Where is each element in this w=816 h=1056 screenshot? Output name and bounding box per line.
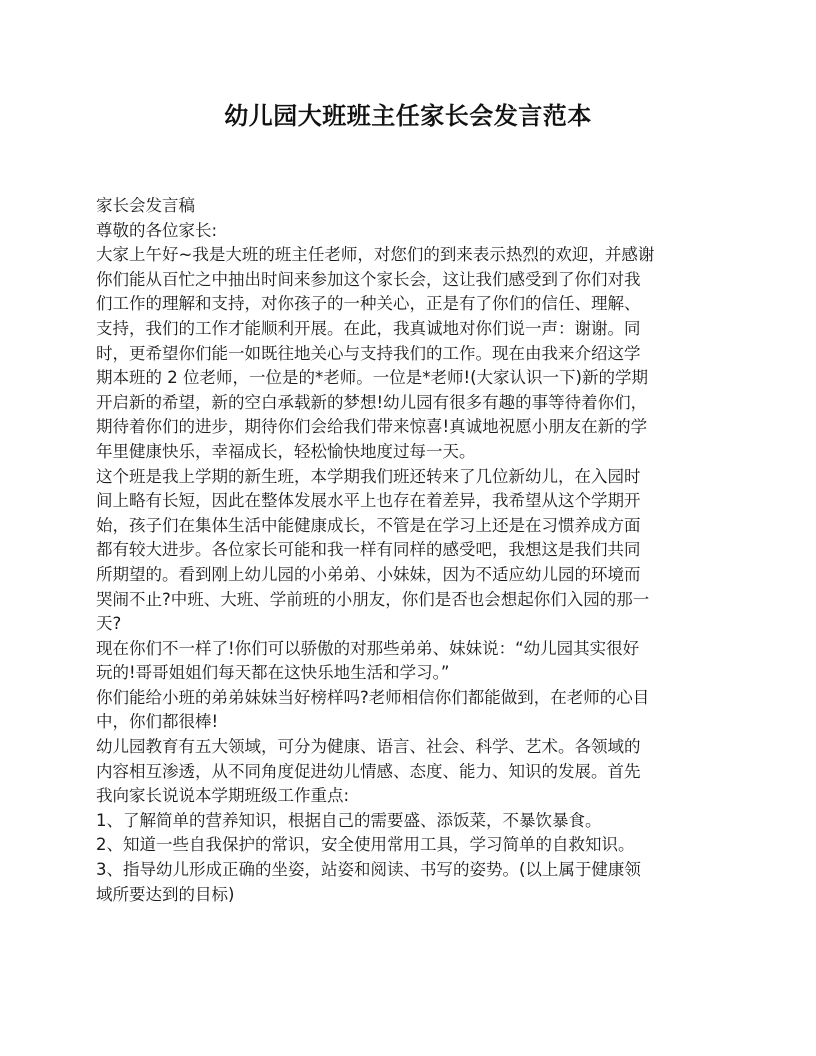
text-line: 期待着你们的进步，期待你们会给我们带来惊喜!真诚地祝愿小朋友在新的学: [96, 415, 726, 440]
text-line: 我向家长说说本学期班级工作重点:: [96, 784, 726, 809]
text-line: 始，孩子们在集体生活中能健康成长，不管是在学习上还是在习惯养成方面: [96, 514, 726, 539]
text-line: 开启新的希望，新的空白承载新的梦想!幼儿园有很多有趣的事等待着你们，: [96, 391, 726, 416]
text-line: 玩的!哥哥姐姐们每天都在这快乐地生活和学习。”: [96, 661, 726, 686]
text-line: 们工作的理解和支持，对你孩子的一种关心，正是有了你们的信任、理解、: [96, 292, 726, 317]
text-line: 2、知道一些自我保护的常识，安全使用常用工具，学习简单的自救知识。: [96, 833, 726, 858]
text-line: 间上略有长短，因此在整体发展水平上也存在着差异，我希望从这个学期开: [96, 489, 726, 514]
document-title: 幼儿园大班班主任家长会发言范本: [0, 96, 816, 136]
text-line: 年里健康快乐，幸福成长，轻松愉快地度过每一天。: [96, 440, 726, 465]
text-line: 现在你们不一样了!你们可以骄傲的对那些弟弟、妹妹说：“幼儿园其实很好: [96, 637, 726, 662]
text-line: 3、指导幼儿形成正确的坐姿，站姿和阅读、书写的姿势。(以上属于健康领: [96, 858, 726, 883]
text-line: 家长会发言稿: [96, 194, 726, 219]
text-line: 所期望的。看到刚上幼儿园的小弟弟、小妹妹，因为不适应幼儿园的环境而: [96, 563, 726, 588]
document-page: 幼儿园大班班主任家长会发言范本 家长会发言稿 尊敬的各位家长: 大家上午好~我是…: [0, 0, 816, 1056]
text-line: 天?: [96, 612, 726, 637]
text-line: 1、了解简单的营养知识，根据自己的需要盛、添饭菜，不暴饮暴食。: [96, 809, 726, 834]
text-line: 中，你们都很棒!: [96, 710, 726, 735]
document-body: 家长会发言稿 尊敬的各位家长: 大家上午好~我是大班的班主任老师，对您们的到来表…: [96, 194, 726, 907]
text-line: 时，更希望你们能一如既往地关心与支持我们的工作。现在由我来介绍这学: [96, 342, 726, 367]
text-line: 支持，我们的工作才能顺利开展。在此，我真诚地对你们说一声：谢谢。同: [96, 317, 726, 342]
text-line: 尊敬的各位家长:: [96, 219, 726, 244]
text-line: 幼儿园教育有五大领域，可分为健康、语言、社会、科学、艺术。各领域的: [96, 735, 726, 760]
text-line: 域所要达到的目标): [96, 883, 726, 908]
text-line: 哭闹不止?中班、大班、学前班的小朋友，你们是否也会想起你们入园的那一: [96, 588, 726, 613]
text-line: 大家上午好~我是大班的班主任老师，对您们的到来表示热烈的欢迎，并感谢: [96, 243, 726, 268]
text-line: 你们能从百忙之中抽出时间来参加这个家长会，这让我们感受到了你们对我: [96, 268, 726, 293]
text-line: 这个班是我上学期的新生班，本学期我们班还转来了几位新幼儿，在入园时: [96, 465, 726, 490]
text-line: 你们能给小班的弟弟妹妹当好榜样吗?老师相信你们都能做到，在老师的心目: [96, 686, 726, 711]
text-line: 内容相互渗透，从不同角度促进幼儿情感、态度、能力、知识的发展。首先: [96, 760, 726, 785]
text-line: 期本班的 2 位老师，一位是的*老师。一位是*老师!(大家认识一下)新的学期: [96, 366, 726, 391]
text-line: 都有较大进步。各位家长可能和我一样有同样的感受吧，我想这是我们共同: [96, 538, 726, 563]
